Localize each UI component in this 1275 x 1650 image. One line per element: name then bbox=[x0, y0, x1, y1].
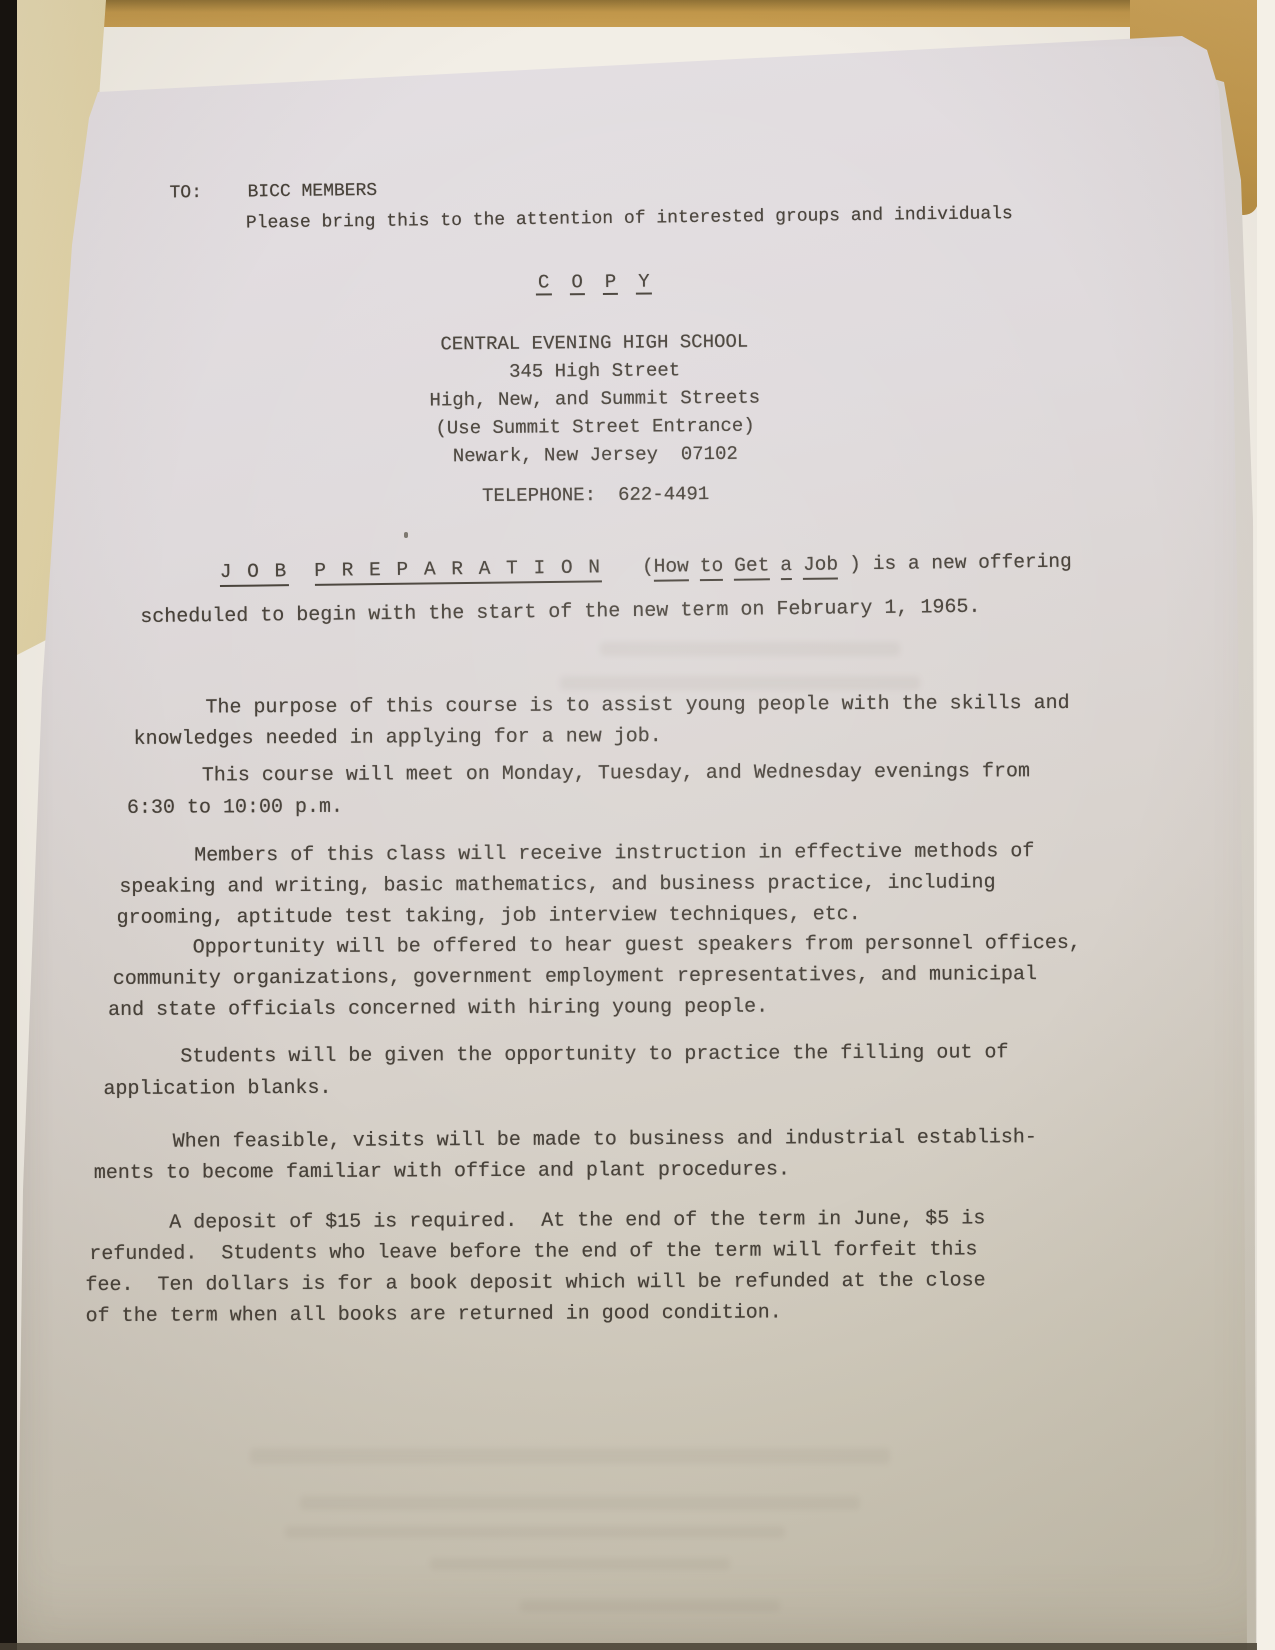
paragraph-line: Opportunity will be offered to hear gues… bbox=[193, 932, 1081, 960]
paragraph-line: community organizations, government empl… bbox=[113, 963, 1037, 991]
scanned-document-photo: TO: BICC MEMBERS Please bring this to th… bbox=[0, 0, 1275, 1650]
scan-edge-bottom bbox=[0, 1643, 1262, 1650]
paragraph-line: A deposit of $15 is required. At the end… bbox=[169, 1207, 985, 1234]
paragraph-line: Members of this class will receive instr… bbox=[194, 840, 1034, 867]
paragraph-line: When feasible, visits will be made to bu… bbox=[173, 1126, 1037, 1154]
paragraph-line: speaking and writing, basic mathematics,… bbox=[119, 871, 995, 899]
paragraph-line: Students will be given the opportunity t… bbox=[180, 1041, 1008, 1068]
scan-edge-right bbox=[1257, 0, 1275, 1650]
paragraph-line: The purpose of this course is to assist … bbox=[205, 692, 1069, 720]
paragraph-line: application blanks. bbox=[103, 1077, 331, 1101]
paragraph-line: refunded. Students who leave before the … bbox=[89, 1238, 977, 1266]
body-block: The purpose of this course is to assist … bbox=[0, 0, 1275, 1650]
paragraph-line: knowledges needed in applying for a new … bbox=[134, 725, 662, 751]
paragraph-line: ments to become familiar with office and… bbox=[94, 1158, 790, 1185]
paragraph-line: fee. Ten dollars is for a book deposit w… bbox=[85, 1269, 985, 1297]
paragraph-line: 6:30 to 10:00 p.m. bbox=[127, 796, 343, 820]
scan-edge-left bbox=[0, 0, 17, 1650]
paragraph-line: This course will meet on Monday, Tuesday… bbox=[202, 760, 1030, 787]
paragraph-line: of the term when all books are returned … bbox=[86, 1301, 782, 1328]
paragraph-line: and state officials concerned with hirin… bbox=[108, 996, 768, 1022]
paragraph-line: grooming, aptitude test taking, job inte… bbox=[117, 903, 861, 930]
